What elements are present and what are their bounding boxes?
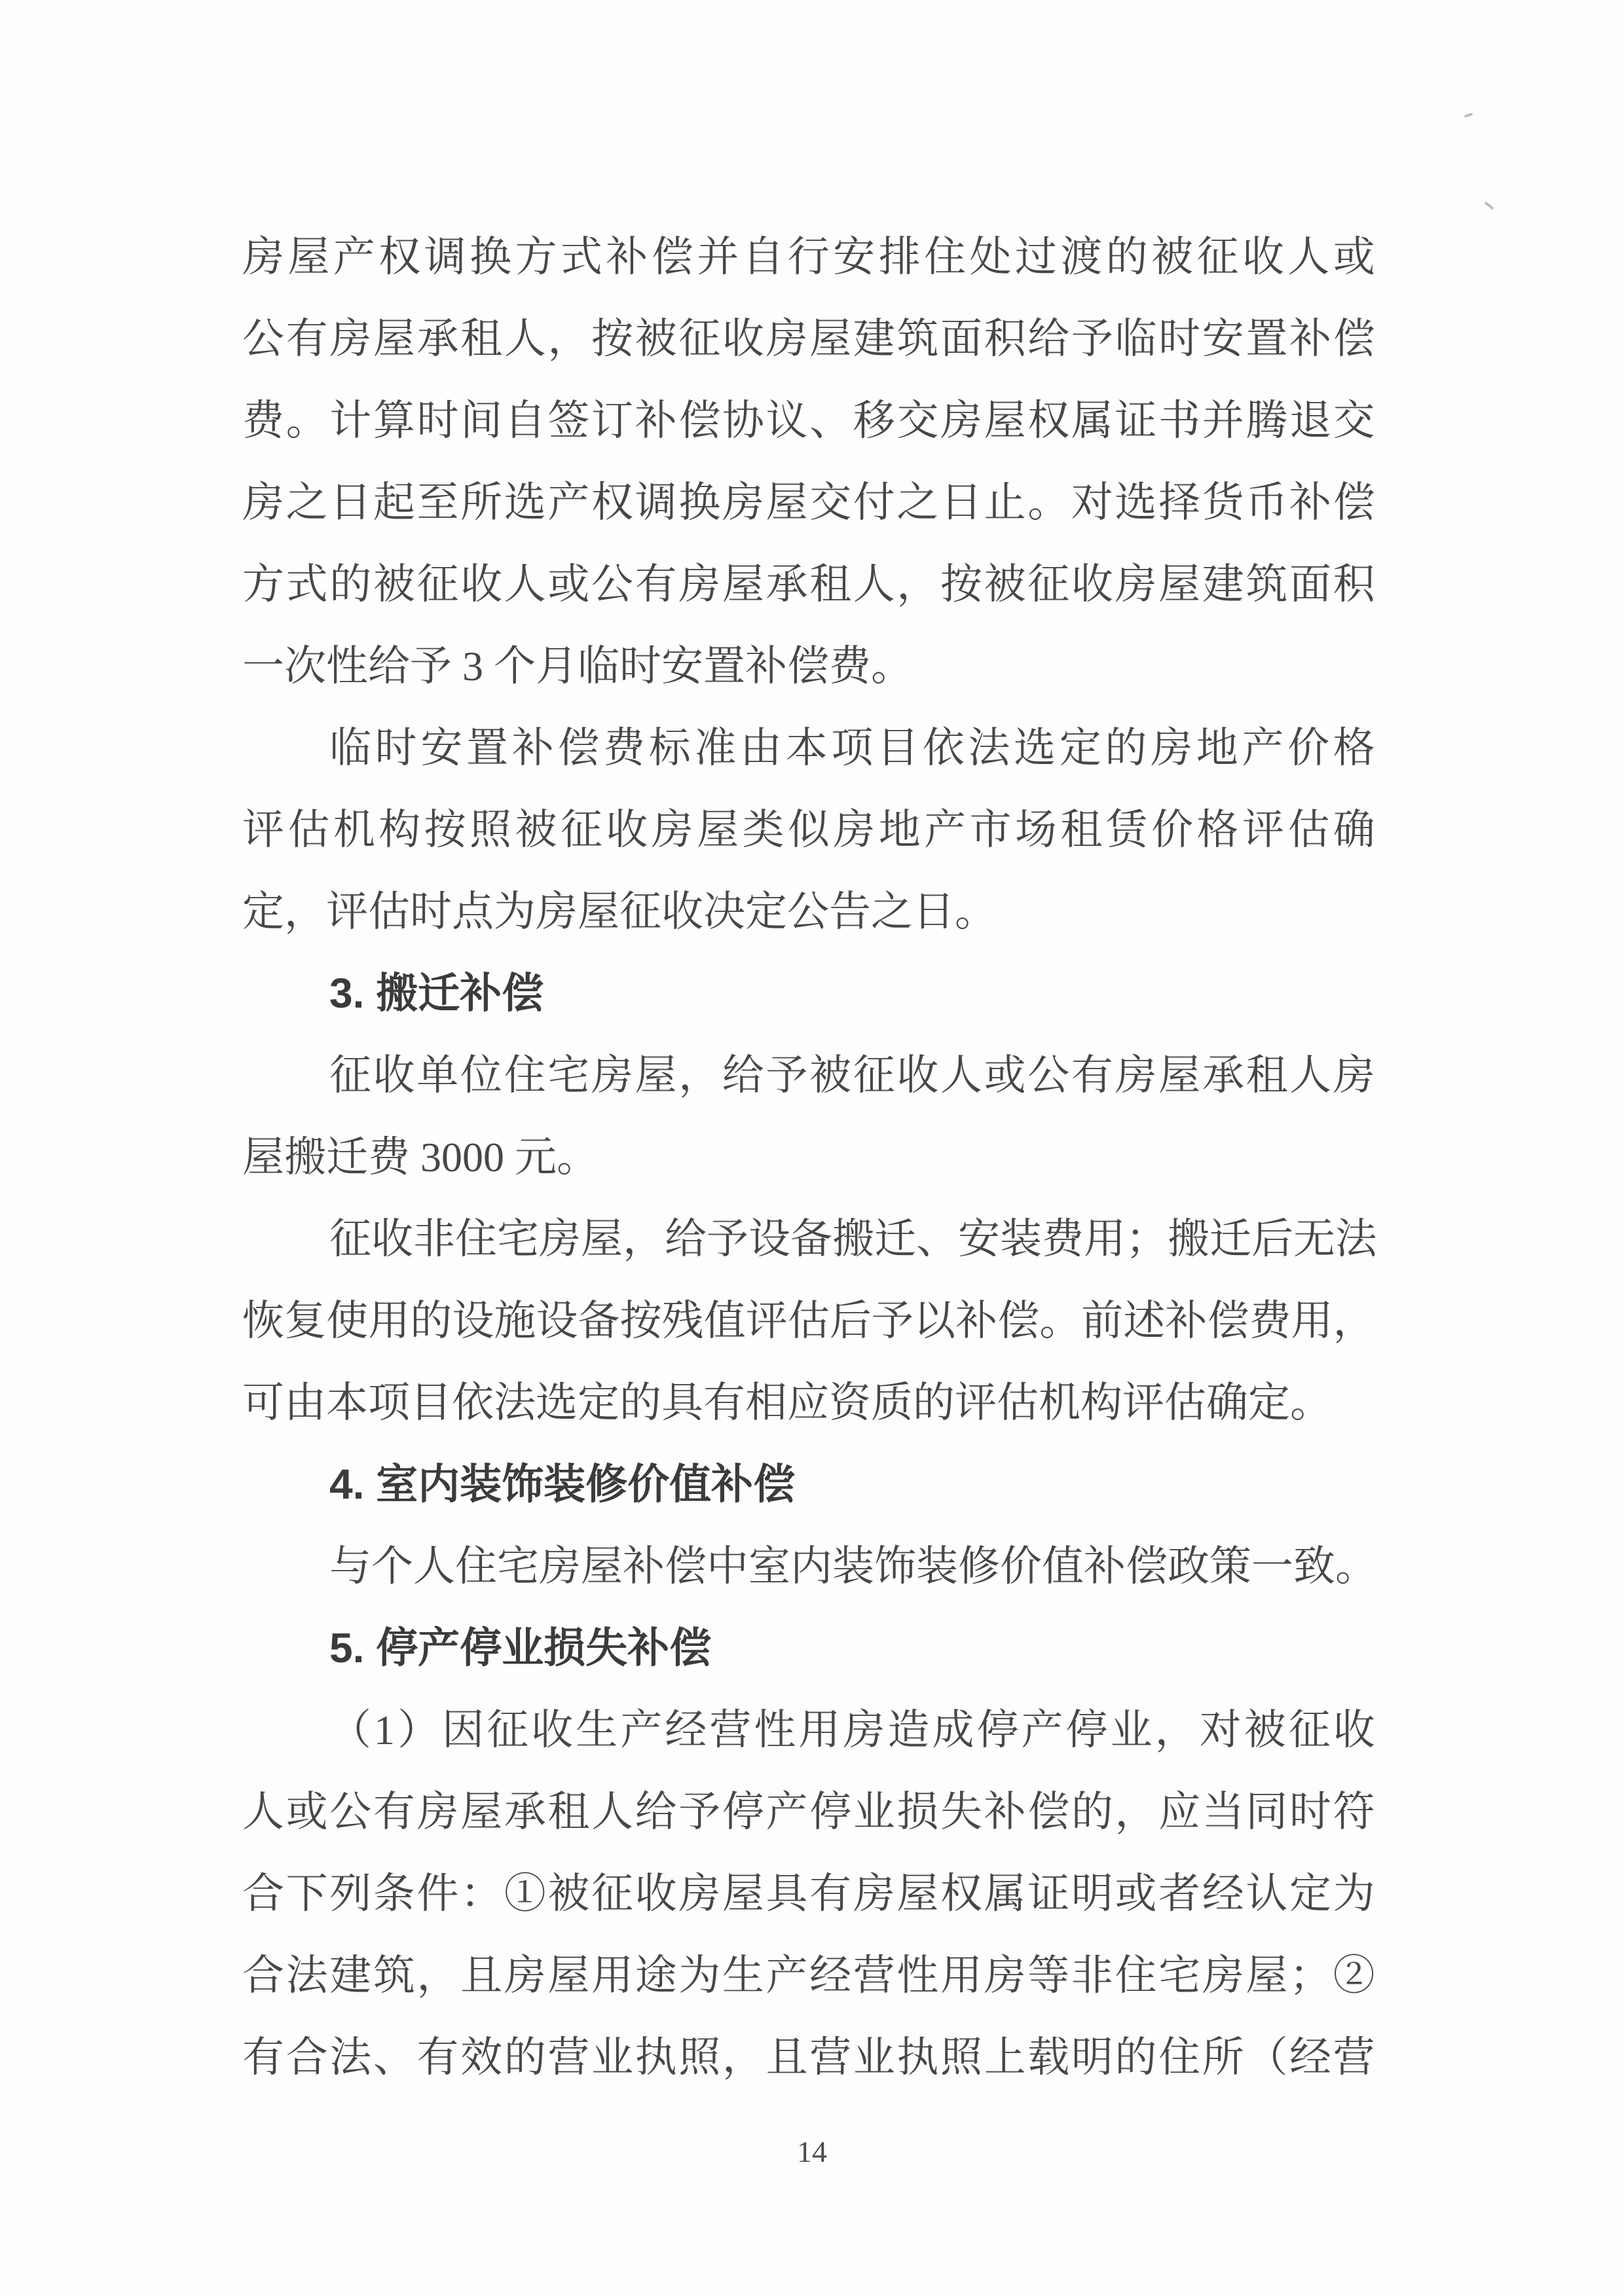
text-line: 与个人住宅房屋补偿中室内装饰装修价值补偿政策一致。 <box>242 1525 1375 1607</box>
text-line: 合下列条件：①被征收房屋具有房屋权属证明或者经认定为 <box>242 1853 1375 1935</box>
text-line: 一次性给予 3 个月临时安置补偿费。 <box>242 625 1375 707</box>
scanned-document-page: 房屋产权调换方式补偿并自行安排住处过渡的被征收人或公有房屋承租人，按被征收房屋建… <box>0 0 1624 2296</box>
text-line: 费。计算时间自签订补偿协议、移交房屋权属证书并腾退交 <box>242 380 1375 462</box>
text-line: 公有房屋承租人，按被征收房屋建筑面积给予临时安置补偿 <box>242 298 1375 380</box>
text-line: （1）因征收生产经营性用房造成停产停业，对被征收 <box>242 1689 1375 1771</box>
text-line: 方式的被征收人或公有房屋承租人，按被征收房屋建筑面积 <box>242 543 1375 625</box>
paragraph: 临时安置补偿费标准由本项目依法选定的房地产价格评估机构按照被征收房屋类似房地产市… <box>242 707 1375 953</box>
paragraph: （1）因征收生产经营性用房造成停产停业，对被征收人或公有房屋承租人给予停产停业损… <box>242 1689 1375 2098</box>
document-body: 房屋产权调换方式补偿并自行安排住处过渡的被征收人或公有房屋承租人，按被征收房屋建… <box>242 216 1375 2098</box>
text-line: 定，评估时点为房屋征收决定公告之日。 <box>242 871 1375 953</box>
paragraph: 与个人住宅房屋补偿中室内装饰装修价值补偿政策一致。 <box>242 1525 1375 1607</box>
scan-artifact <box>1464 113 1473 118</box>
text-line: 有合法、有效的营业执照，且营业执照上载明的住所（经营 <box>242 2016 1375 2098</box>
text-line: 可由本项目依法选定的具有相应资质的评估机构评估确定。 <box>242 1362 1375 1444</box>
scan-artifact <box>1484 201 1494 210</box>
text-line: 人或公有房屋承租人给予停产停业损失补偿的，应当同时符 <box>242 1771 1375 1853</box>
paragraph: 征收非住宅房屋，给予设备搬迁、安装费用；搬迁后无法恢复使用的设施设备按残值评估后… <box>242 1198 1375 1444</box>
text-line: 临时安置补偿费标准由本项目依法选定的房地产价格 <box>242 707 1375 789</box>
text-line: 房之日起至所选产权调换房屋交付之日止。对选择货币补偿 <box>242 462 1375 543</box>
section-heading: 4. 室内装饰装修价值补偿 <box>242 1444 1375 1525</box>
text-line: 房屋产权调换方式补偿并自行安排住处过渡的被征收人或 <box>242 216 1375 298</box>
text-line: 征收非住宅房屋，给予设备搬迁、安装费用；搬迁后无法 <box>242 1198 1375 1280</box>
paragraph: 房屋产权调换方式补偿并自行安排住处过渡的被征收人或公有房屋承租人，按被征收房屋建… <box>242 216 1375 707</box>
text-line: 征收单位住宅房屋，给予被征收人或公有房屋承租人房 <box>242 1034 1375 1116</box>
text-line: 屋搬迁费 3000 元。 <box>242 1116 1375 1198</box>
section-heading: 5. 停产停业损失补偿 <box>242 1607 1375 1689</box>
text-line: 评估机构按照被征收房屋类似房地产市场租赁价格评估确 <box>242 789 1375 871</box>
text-line: 恢复使用的设施设备按残值评估后予以补偿。前述补偿费用， <box>242 1280 1375 1362</box>
page-number: 14 <box>0 2133 1624 2171</box>
section-heading: 3. 搬迁补偿 <box>242 953 1375 1034</box>
text-line: 4. 室内装饰装修价值补偿 <box>242 1444 1375 1525</box>
text-line: 合法建筑，且房屋用途为生产经营性用房等非住宅房屋；② <box>242 1935 1375 2016</box>
paragraph: 征收单位住宅房屋，给予被征收人或公有房屋承租人房屋搬迁费 3000 元。 <box>242 1034 1375 1198</box>
text-line: 5. 停产停业损失补偿 <box>242 1607 1375 1689</box>
text-line: 3. 搬迁补偿 <box>242 953 1375 1034</box>
